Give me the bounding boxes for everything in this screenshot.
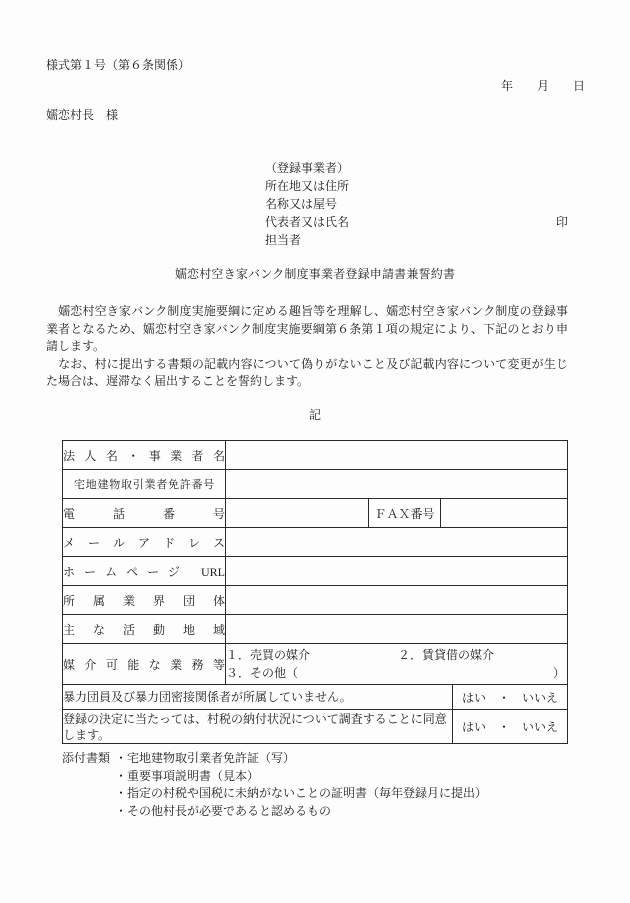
attachment-item-license-copy: ・宅地建物取引業者免許証（写）	[115, 750, 487, 768]
table-row: 宅地建物取引業者免許番号	[63, 470, 568, 499]
form-number: 様式第１号（第６条関係）	[46, 56, 190, 73]
addressee: 嬬恋村長 様	[46, 106, 118, 123]
declaration-no-gang-answer[interactable]: はい ・ いいえ	[453, 685, 568, 710]
field-label-license-number: 宅地建物取引業者免許番号	[63, 470, 226, 499]
declaration-tax-check-consent: 登録の決定に当たっては、村税の納付状況について調査することに同意します。	[63, 710, 453, 744]
mediation-options-cell: １．売買の媒介２．賃貸借の媒介 ３．その他（）	[226, 644, 568, 685]
paragraph-oath: なお、村に提出する書類の記載内容について偽りがないこと及び記載内容について変更が…	[46, 356, 568, 391]
field-label-fax: ＦＡＸ番号	[369, 499, 441, 528]
attachment-item-important-matters: ・重要事項説明書（見本）	[115, 768, 487, 786]
attachments-block: 添付書類 ・宅地建物取引業者免許証（写） ・重要事項説明書（見本） ・指定の村税…	[62, 750, 487, 820]
field-label-phone: 電話番号	[63, 499, 226, 528]
field-value-company-name[interactable]	[226, 441, 568, 470]
attachment-item-tax-certificate: ・指定の村税や国税に未納がないことの証明書（毎年登録月に提出）	[115, 785, 487, 803]
document-title: 嬬恋村空き家バンク制度事業者登録申請書兼誓約書	[0, 265, 630, 282]
field-value-fax[interactable]	[441, 499, 568, 528]
registrant-field-name: 名称又は屋号	[265, 195, 349, 213]
application-table: 法人名・事業者名 宅地建物取引業者免許番号 電話番号 ＦＡＸ番号 メールアドレス…	[62, 440, 568, 744]
field-value-activity-area[interactable]	[226, 615, 568, 644]
attachments-list: ・宅地建物取引業者免許証（写） ・重要事項説明書（見本） ・指定の村税や国税に未…	[115, 750, 487, 820]
mediation-option-sale[interactable]: １．売買の媒介	[226, 646, 398, 664]
seal-mark: 印	[556, 213, 568, 230]
table-row: 暴力団員及び暴力団密接関係者が所属していません。 はい ・ いいえ	[63, 685, 568, 710]
table-row: 電話番号 ＦＡＸ番号	[63, 499, 568, 528]
paragraph-application: 嬬恋村空き家バンク制度実施要綱に定める趣旨等を理解し、嬬恋村空き家バンク制度の登…	[46, 303, 568, 356]
table-row: 法人名・事業者名	[63, 441, 568, 470]
mediation-option-lease[interactable]: ２．賃貸借の媒介	[398, 648, 494, 662]
field-value-phone[interactable]	[226, 499, 369, 528]
mediation-option-other[interactable]: ３．その他（	[226, 664, 298, 682]
field-value-homepage-url[interactable]	[226, 557, 568, 586]
registrant-field-address: 所在地又は住所	[265, 177, 349, 195]
mediation-option-other-close-paren: ）	[553, 664, 565, 682]
registrant-block: （登録事業者） 所在地又は住所 名称又は屋号 代表者又は氏名 担当者	[265, 159, 349, 249]
field-label-homepage-url: ホームページ URL	[63, 557, 226, 586]
registrant-field-representative: 代表者又は氏名	[265, 213, 349, 231]
attachment-item-other: ・その他村長が必要であると認めるもの	[115, 803, 487, 821]
field-value-email[interactable]	[226, 528, 568, 557]
table-row: 登録の決定に当たっては、村税の納付状況について調査することに同意します。 はい …	[63, 710, 568, 744]
date-line: 年 月 日	[501, 77, 585, 94]
declaration-no-gang-affiliation: 暴力団員及び暴力団密接関係者が所属していません。	[63, 685, 453, 710]
attachments-label: 添付書類	[62, 750, 110, 820]
declaration-tax-check-answer[interactable]: はい ・ いいえ	[453, 710, 568, 744]
registrant-field-contact: 担当者	[265, 231, 349, 249]
record-mark: 記	[0, 406, 630, 423]
field-value-license-number[interactable]	[226, 470, 568, 499]
field-label-activity-area: 主な活動地域	[63, 615, 226, 644]
registrant-heading: （登録事業者）	[265, 159, 349, 177]
field-label-mediation-services: 媒介可能な業務等	[63, 644, 226, 685]
document-page: 様式第１号（第６条関係） 年 月 日 嬬恋村長 様 （登録事業者） 所在地又は住…	[0, 0, 630, 903]
field-label-email: メールアドレス	[63, 528, 226, 557]
field-label-company-name: 法人名・事業者名	[63, 441, 226, 470]
table-row: 主な活動地域	[63, 615, 568, 644]
table-row: メールアドレス	[63, 528, 568, 557]
field-value-industry-group[interactable]	[226, 586, 568, 615]
table-row: ホームページ URL	[63, 557, 568, 586]
field-label-industry-group: 所属業界団体	[63, 586, 226, 615]
table-row: 媒介可能な業務等 １．売買の媒介２．賃貸借の媒介 ３．その他（）	[63, 644, 568, 685]
body-text: 嬬恋村空き家バンク制度実施要綱に定める趣旨等を理解し、嬬恋村空き家バンク制度の登…	[46, 303, 568, 391]
table-row: 所属業界団体	[63, 586, 568, 615]
